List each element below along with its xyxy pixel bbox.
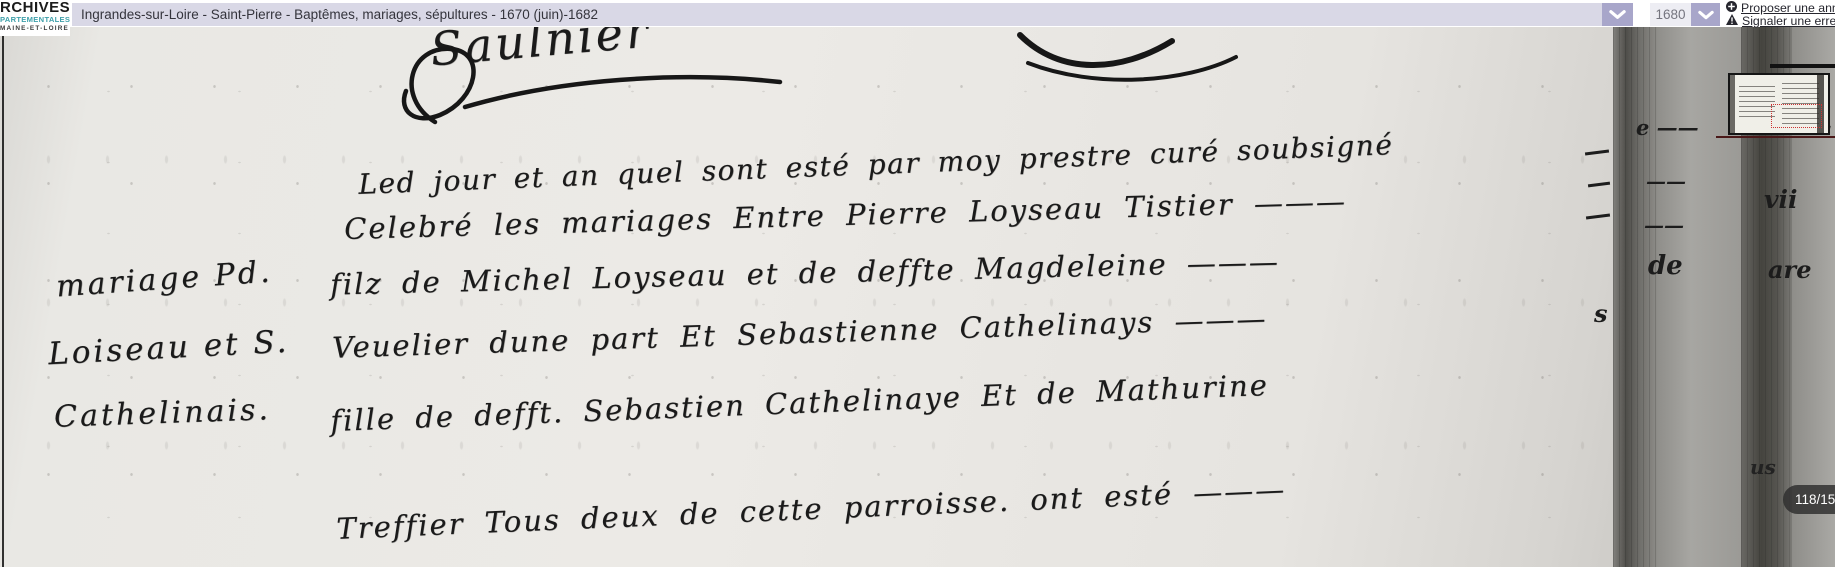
facing-page-fragment: us xyxy=(1750,455,1776,479)
gutter-texture xyxy=(1613,27,1657,567)
ink-mark: s xyxy=(1594,299,1608,328)
logo-line-1: RCHIVES xyxy=(0,0,70,15)
logo-line-2: PARTEMENTALES xyxy=(0,15,70,24)
page-left-edge xyxy=(2,27,4,567)
document-title-bar: Ingrandes-sur-Loire - Saint-Pierre - Bap… xyxy=(72,3,1602,26)
report-error-label: Signaler une erreur xyxy=(1742,14,1835,28)
chevron-down-icon xyxy=(1609,9,1626,20)
facing-page-fragment: vii xyxy=(1764,185,1798,214)
propose-year-link[interactable]: Proposer une année xyxy=(1726,1,1835,14)
propose-year-label: Proposer une année xyxy=(1741,1,1835,15)
header-bar: Ingrandes-sur-Loire - Saint-Pierre - Bap… xyxy=(0,0,1835,27)
facing-page-fragment: e —— xyxy=(1636,115,1699,140)
report-error-link[interactable]: Signaler une erreur xyxy=(1726,14,1835,27)
viewport-rectangle[interactable] xyxy=(1771,104,1822,128)
logo-line-3: MAINE-ET-LOIRE xyxy=(0,24,70,33)
facing-page-fragment: de xyxy=(1648,251,1683,281)
facing-page-fragment: —— xyxy=(1644,213,1684,237)
archives-logo[interactable]: RCHIVES PARTEMENTALES MAINE-ET-LOIRE xyxy=(0,0,70,36)
thumbnail-text-block xyxy=(1739,82,1775,117)
year-dropdown-button[interactable] xyxy=(1691,3,1720,26)
manuscript-viewer[interactable]: Saulnier mariage Pd. Loiseau et S. Cathe… xyxy=(0,27,1835,567)
chevron-down-icon xyxy=(1698,10,1714,20)
scan-red-line xyxy=(1716,136,1835,138)
thumbnail-page-edge xyxy=(1730,75,1735,133)
warning-icon xyxy=(1726,14,1738,28)
facing-page-fragment: are xyxy=(1768,255,1811,284)
document-title: Ingrandes-sur-Loire - Saint-Pierre - Bap… xyxy=(72,7,598,22)
archive-viewer-screen: Ingrandes-sur-Loire - Saint-Pierre - Bap… xyxy=(0,0,1835,567)
page-counter-badge: 118/150 xyxy=(1783,485,1835,514)
scan-edge-line xyxy=(1770,64,1835,68)
manuscript-page xyxy=(0,27,1613,567)
facing-page-fragment: —— xyxy=(1646,169,1686,193)
plus-circle-icon xyxy=(1726,1,1737,15)
year-value[interactable]: 1680 xyxy=(1650,3,1691,26)
page-thumbnail[interactable] xyxy=(1728,73,1830,135)
title-dropdown-button[interactable] xyxy=(1602,3,1633,26)
